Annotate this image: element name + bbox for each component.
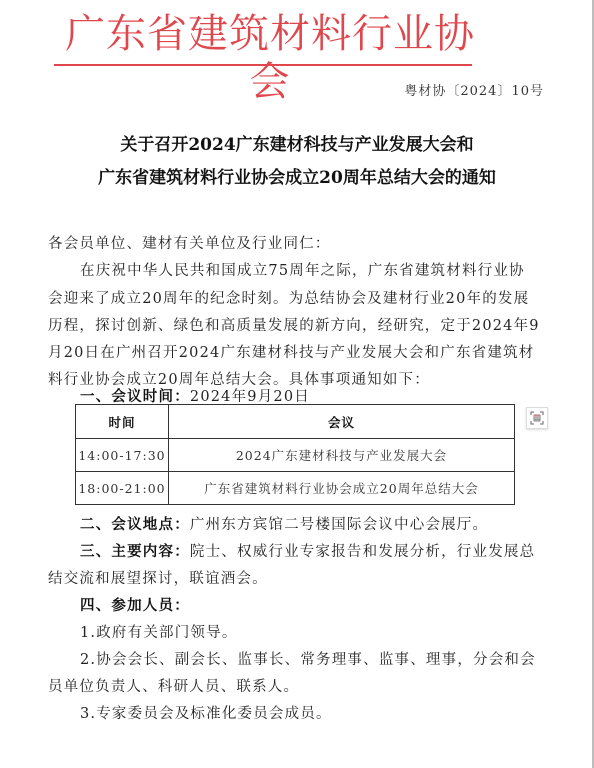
intro-line: 历程，探讨创新、绿色和高质量发展的新方向，经研究，定于2024年9	[48, 314, 540, 335]
table-cell-meeting: 广东省建筑材料行业协会成立20周年总结大会	[169, 472, 515, 505]
table-cell-time: 18:00-21:00	[76, 472, 169, 505]
section-value: 院士、权威行业专家报告和发展分析，行业发展总	[190, 544, 535, 560]
section-meeting-time: 一、会议时间：2024年9月20日	[80, 385, 310, 406]
section-value-cont: 结交流和展望探讨，联谊酒会。	[48, 567, 268, 588]
salutation: 各会员单位、建材有关单位及行业同仁：	[48, 232, 331, 253]
section-heading-participants: 四、参加人员：	[80, 594, 190, 615]
section-heading: 三、主要内容：	[80, 543, 190, 560]
intro-line: 在庆祝中华人民共和国成立75周年之际，广东省建筑材料行业协	[80, 259, 525, 280]
table-header-row: 时间 会议	[76, 405, 515, 439]
intro-line: 会迎来了成立20周年的纪念时刻。为总结协会及建材行业20年的发展	[48, 287, 529, 308]
table-cell-time: 14:00-17:30	[76, 439, 169, 472]
column-header: 会议	[169, 405, 515, 439]
section-meeting-location: 二、会议地点：广州东方宾馆二号楼国际会议中心会展厅。	[80, 513, 488, 534]
table-cell-meeting: 2024广东建材科技与产业发展大会	[169, 439, 515, 472]
participant-item: 3.专家委员会及标准化委员会成员。	[80, 702, 332, 723]
table-row: 14:00-17:30 2024广东建材科技与产业发展大会	[76, 439, 515, 472]
participant-item-cont: 员单位负责人、科研人员、联系人。	[48, 675, 299, 696]
notice-title-line2: 广东省建筑材料行业协会成立20周年总结大会的通知	[0, 163, 594, 188]
table-select-icon	[530, 411, 544, 425]
masthead-divider	[54, 64, 472, 66]
table-select-button[interactable]	[526, 407, 548, 429]
participant-item: 1.政府有关部门领导。	[80, 621, 238, 642]
column-header: 时间	[76, 405, 169, 439]
intro-line: 月20日在广州召开2024广东建材科技与产业发展大会和广东省建筑材	[48, 341, 534, 362]
document-number: 粤材协〔2024〕10号	[404, 80, 544, 99]
schedule-table: 时间 会议 14:00-17:30 2024广东建材科技与产业发展大会 18:0…	[75, 404, 515, 505]
section-value: 2024年9月20日	[190, 389, 310, 405]
table-row: 18:00-21:00 广东省建筑材料行业协会成立20周年总结大会	[76, 472, 515, 505]
notice-title-line1: 关于召开2024广东建材科技与产业发展大会和	[0, 130, 594, 155]
section-heading: 二、会议地点：	[80, 516, 190, 533]
participant-item: 2.协会会长、副会长、监事长、常务理事、监事、理事，分会和会	[80, 648, 536, 669]
section-heading: 一、会议时间：	[80, 388, 190, 405]
section-main-content: 三、主要内容：院士、权威行业专家报告和发展分析，行业发展总	[80, 540, 535, 561]
section-value: 广州东方宾馆二号楼国际会议中心会展厅。	[190, 517, 488, 533]
